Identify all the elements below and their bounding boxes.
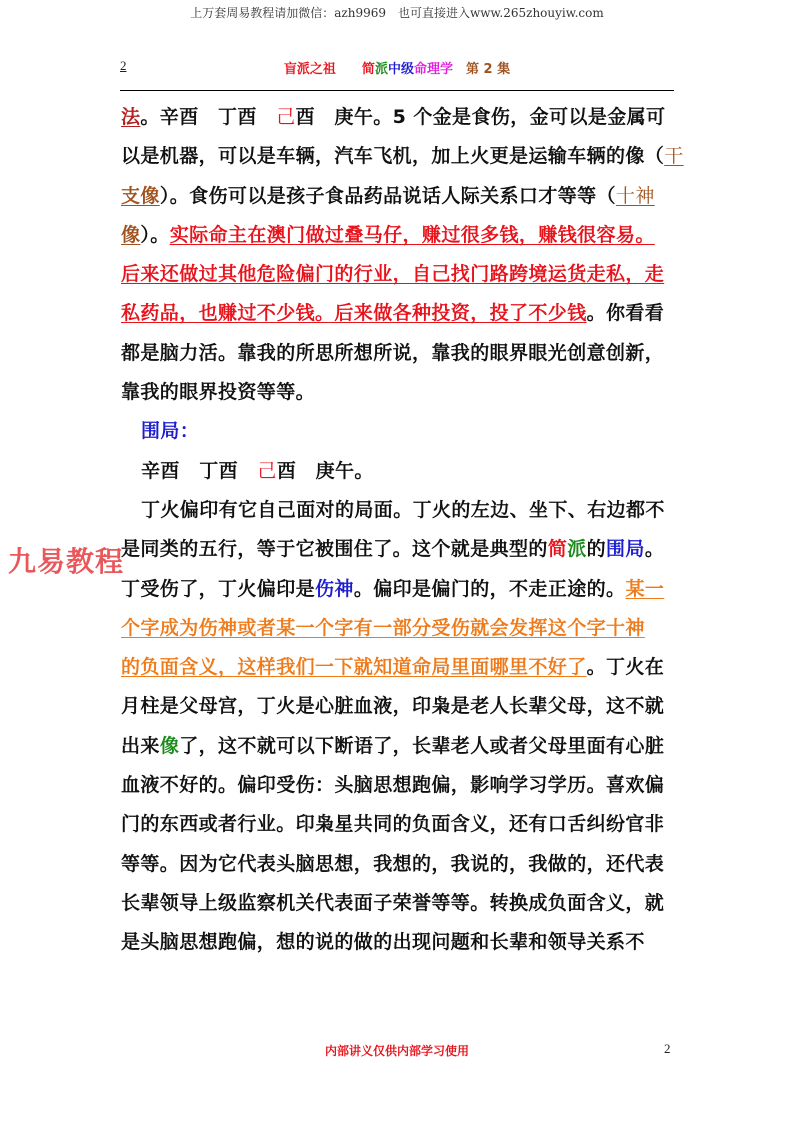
text-line: 法。辛酉 丁酉 己酉 庚午。5 个金是食伤，金可以是金属可	[121, 98, 676, 137]
section-heading: 围局：	[121, 412, 676, 451]
text-line: 血液不好的。偏印受伤：头脑思想跑偏，影响学习学历。喜欢偏	[121, 766, 676, 805]
highlight-line: 个字成为伤神或者某一个字有一部分受伤就会发挥这个字十神	[121, 609, 676, 648]
header-title-part: 盲派之祖	[284, 62, 336, 77]
text-line: 门的东西或者行业。印枭星共同的负面含义，还有口舌纠纷官非	[121, 805, 676, 844]
watermark: 九易教程	[8, 540, 124, 580]
text-span: 丁受伤了，丁火偏印是	[121, 578, 315, 600]
highlight-pai: 派	[567, 538, 586, 560]
header-title-part: 命理学	[414, 62, 453, 77]
text-span: 以是机器，可以是车辆，汽车飞机，加上火更是运输车辆的像（	[121, 145, 664, 167]
text-span: 了，这不就可以下断语了，长辈老人或者父母里面有心脏	[179, 735, 664, 757]
highlight-text: 实际命主在澳门做过叠马仔，赚过很多钱，赚钱很容易。	[170, 224, 655, 246]
header-title-part: 派	[375, 62, 388, 77]
header-title: 盲派之祖 简派中级命理学 第 2 集	[0, 58, 794, 77]
text-line: 是同类的五行，等于它被围住了。这个就是典型的简派的围局。	[121, 530, 676, 569]
header-title-part: 中级	[388, 62, 414, 77]
highlight-xiang: 像	[160, 735, 179, 757]
header-title-part: 第 2 集	[453, 62, 510, 77]
text-line: 长辈领导上级监察机关代表面子荣誉等等。转换成负面含义，就	[121, 884, 676, 923]
text-span: 。辛酉 丁酉	[140, 106, 276, 128]
text-line: 支像）。食伤可以是孩子食品药品说话人际关系口才等等（十神	[121, 177, 676, 216]
link-term[interactable]: 十神	[616, 185, 655, 207]
text-span: 酉 庚午。	[277, 460, 374, 482]
highlight-text: 私药品，也赚过不少钱。后来做各种投资，投了不少钱	[121, 302, 587, 324]
highlight-weiju: 围局	[606, 538, 645, 560]
text-line: 私药品，也赚过不少钱。后来做各种投资，投了不少钱。你看看	[121, 294, 676, 333]
text-line: 月柱是父母宫，丁火是心脏血液，印枭是老人长辈父母，这不就	[121, 687, 676, 726]
text-line: 靠我的眼界投资等等。	[121, 373, 676, 412]
header-title-part: 简	[336, 62, 375, 77]
highlight-shangshen: 伤神	[315, 578, 354, 600]
link-term[interactable]: 干	[664, 145, 683, 167]
text-span: 。	[645, 538, 664, 560]
highlight-ji: 己	[276, 106, 295, 128]
text-line: 的负面含义，这样我们一下就知道命局里面哪里不好了。丁火在	[121, 648, 676, 687]
footer-note: 内部讲义仅供内部学习使用	[0, 1042, 794, 1059]
text-line: 丁受伤了，丁火偏印是伤神。偏印是偏门的，不走正途的。某一	[121, 570, 676, 609]
text-span: 。偏印是偏门的，不走正途的。	[354, 578, 626, 600]
text-span: ）。食伤可以是孩子食品药品说话人际关系口才等等（	[160, 185, 616, 207]
document-body: 法。辛酉 丁酉 己酉 庚午。5 个金是食伤，金可以是金属可 以是机器，可以是车辆…	[121, 98, 676, 963]
link-term[interactable]: 法	[121, 106, 140, 128]
text-line: 辛酉 丁酉 己酉 庚午。	[121, 452, 676, 491]
link-term[interactable]: 支像	[121, 185, 160, 207]
text-span: 的	[587, 538, 606, 560]
highlight-text: 的负面含义，这样我们一下就知道命局里面哪里不好了	[121, 656, 587, 678]
text-line: 出来像了，这不就可以下断语了，长辈老人或者父母里面有心脏	[121, 727, 676, 766]
highlight-line: 后来还做过其他危险偏门的行业，自己找门路跨境运货走私，走	[121, 255, 676, 294]
text-line: 等等。因为它代表头脑思想，我想的，我说的，我做的，还代表	[121, 845, 676, 884]
text-span: 辛酉 丁酉	[141, 460, 257, 482]
text-line: 丁火偏印有它自己面对的局面。丁火的左边、坐下、右边都不	[121, 491, 676, 530]
highlight-ji: 己	[257, 460, 276, 482]
text-span: 酉 庚午。5 个金是食伤，金可以是金属可	[296, 106, 666, 128]
text-span: ）。	[140, 224, 169, 246]
header-divider	[120, 90, 674, 91]
text-line: 是头脑思想跑偏，想的说的做的出现问题和长辈和领导关系不	[121, 923, 676, 962]
link-term[interactable]: 像	[121, 224, 140, 246]
highlight-text: 某一	[625, 578, 664, 600]
text-line: 以是机器，可以是车辆，汽车飞机，加上火更是运输车辆的像（干	[121, 137, 676, 176]
text-span: 出来	[121, 735, 160, 757]
text-line: 像）。实际命主在澳门做过叠马仔，赚过很多钱，赚钱很容易。	[121, 216, 676, 255]
footer-page-number: 2	[664, 1041, 671, 1057]
highlight-jian: 简	[548, 538, 567, 560]
top-banner: 上万套周易教程请加微信：azh9969 也可直接进入www.265zhouyiw…	[0, 4, 794, 21]
text-span: 。你看看	[587, 302, 665, 324]
text-span: 。丁火在	[587, 656, 665, 678]
text-span: 是同类的五行，等于它被围住了。这个就是典型的	[121, 538, 548, 560]
text-line: 都是脑力活。靠我的所思所想所说，靠我的眼界眼光创意创新，	[121, 334, 676, 373]
